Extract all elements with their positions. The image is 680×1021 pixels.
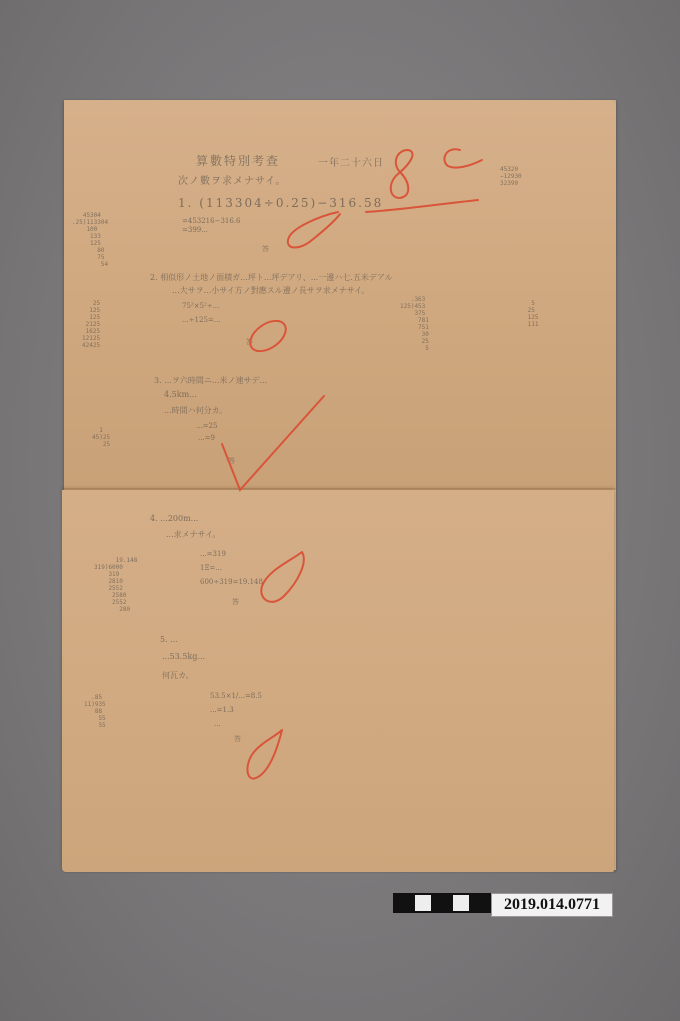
q4-long-division: 19.148 319)6000 319 2810 2552 2580 2552 … [94,557,137,613]
q4-work-2: 1Ξ=... [200,564,222,572]
q5-side-calc: .85 11)935 88 55 55 [84,694,106,729]
q3-side-calc: 1 45)25 25 [92,427,110,448]
q5-answer: 答 [234,734,241,744]
q1-long-division: 45304 .25)113304 100 133 125 80 75 54 [72,212,108,268]
exam-date: 一年二十六日 [318,154,384,169]
q1: 1. (113304÷0.25)−316.58 [178,196,383,210]
margin-calc-top-right: 45320 −12930 32390 [500,166,522,187]
q5-text-3: 何瓦カ。 [162,670,194,681]
paper-bottom-half [62,490,614,872]
q3-work-2: ...=9 [198,434,215,442]
exam-paper [64,100,616,870]
q5-text-2: ...53.5kg... [162,652,205,661]
q3-text-3: ...時間ハ何分カ。 [164,405,227,416]
q1-work-1: =453216−316.6 [182,217,241,225]
instruction: 次ノ數ヲ求メナサイ。 [178,172,286,187]
q3-answer: 答 [228,456,235,466]
q2-far-right-calc: 5 25 125 111 [524,300,538,328]
q4-text-2: ...求メナサイ。 [166,529,220,540]
q2-answer: 答 [246,337,253,347]
q5-work-2: ...=1.3 [210,706,234,714]
q4-answer: 答 [232,597,239,607]
q3-text-1: 3. ...ヲ六時間ニ...米ノ速サデ... [154,375,267,386]
q4-work-3: 600÷319=19.148 [200,578,263,586]
q2-work-2: ...÷125=... [182,316,220,324]
q5-work-3: ... [214,720,221,728]
color-scale-bar [393,893,491,913]
q2-text-2: ...大サヲ...小サイ方ノ對應スル邊ノ長サヲ求メナサイ。 [172,285,369,296]
q3-text-2: 4.5km... [164,390,197,399]
q5-text-1: 5. ... [160,635,178,644]
exam-title: 算數特別考查 [196,152,280,169]
q1-answer: 答 [262,244,269,254]
q2-sqrt-calc: .363 125)453 375 781 751 30 25 5 [400,296,429,352]
q3-work-1: ...=25 [196,422,217,430]
q2-text-1: 2. 相似形ノ土地ノ面積ガ...坪ト...坪デアリ、...一邊ハ七.五米デアル [150,272,393,283]
q1-work-2: =399... [182,226,208,234]
q2-work-1: 75²×5²÷... [182,302,219,310]
accession-number-label: 2019.014.0771 [491,893,613,917]
q4-work-1: ...=319 [200,550,226,558]
q2-side-calc: 25 125 125 2125 1625 12125 42425 [82,300,100,349]
q5-work-1: 53.5×1/...=8.5 [210,692,262,700]
q4-text-1: 4. ...200m... [150,514,198,523]
